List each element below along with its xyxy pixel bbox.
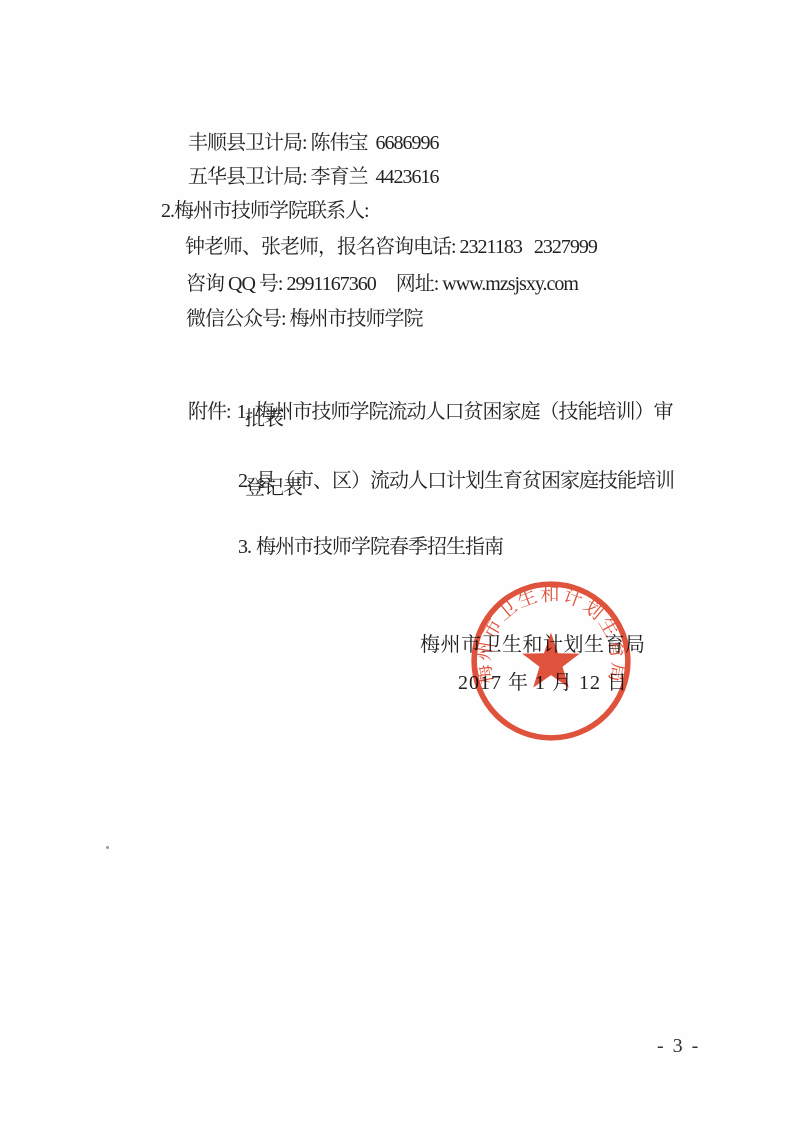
page-number: - 3 - [657,1034,700,1058]
issuer-name: 梅州市卫生和计划生育局 [420,633,646,657]
attachment-item-1-wrap: 批表 [245,407,283,431]
attachment-text: 县（市、区）流动人口计划生育贫困家庭技能培训 [256,470,674,492]
contact-line-fengshun: 丰顺县卫计局: 陈伟宝 6686996 [188,131,439,155]
contact-line-qq-web: 咨询 QQ 号: 2991167360 网址: www.mzsjsxy.com [186,272,578,296]
attachment-text: 梅州市技师学院春季招生指南 [256,536,503,558]
contact-line-wechat: 微信公众号: 梅州市技师学院 [186,307,423,331]
seal-ring [474,584,628,738]
attachment-item-2-wrap: 登记表 [245,476,302,500]
scan-speck [106,846,109,849]
issue-date: 2017 年 1 月 12 日 [458,671,628,695]
official-seal: 梅州市卫生和计划生育局 [462,572,640,750]
scan-speck [649,481,651,483]
attachment-item-3: 3.梅州市技师学院春季招生指南 [222,511,503,583]
scanned-document-page: 丰顺县卫计局: 陈伟宝 6686996 五华县卫计局: 李育兰 4423616 … [0,0,800,1132]
contact-line-teachers: 钟老师、张老师，报名咨询电话: 2321183 2327999 [185,235,597,259]
attachments-label: 附件: [188,401,231,423]
attachment-number: 3. [238,536,251,558]
section2-heading: 2.梅州市技师学院联系人: [161,199,369,223]
contact-line-wuhua: 五华县卫计局: 李育兰 4423616 [188,165,439,189]
attachment-text: 梅州市技师学院流动人口贫困家庭（技能培训）审 [255,401,673,423]
